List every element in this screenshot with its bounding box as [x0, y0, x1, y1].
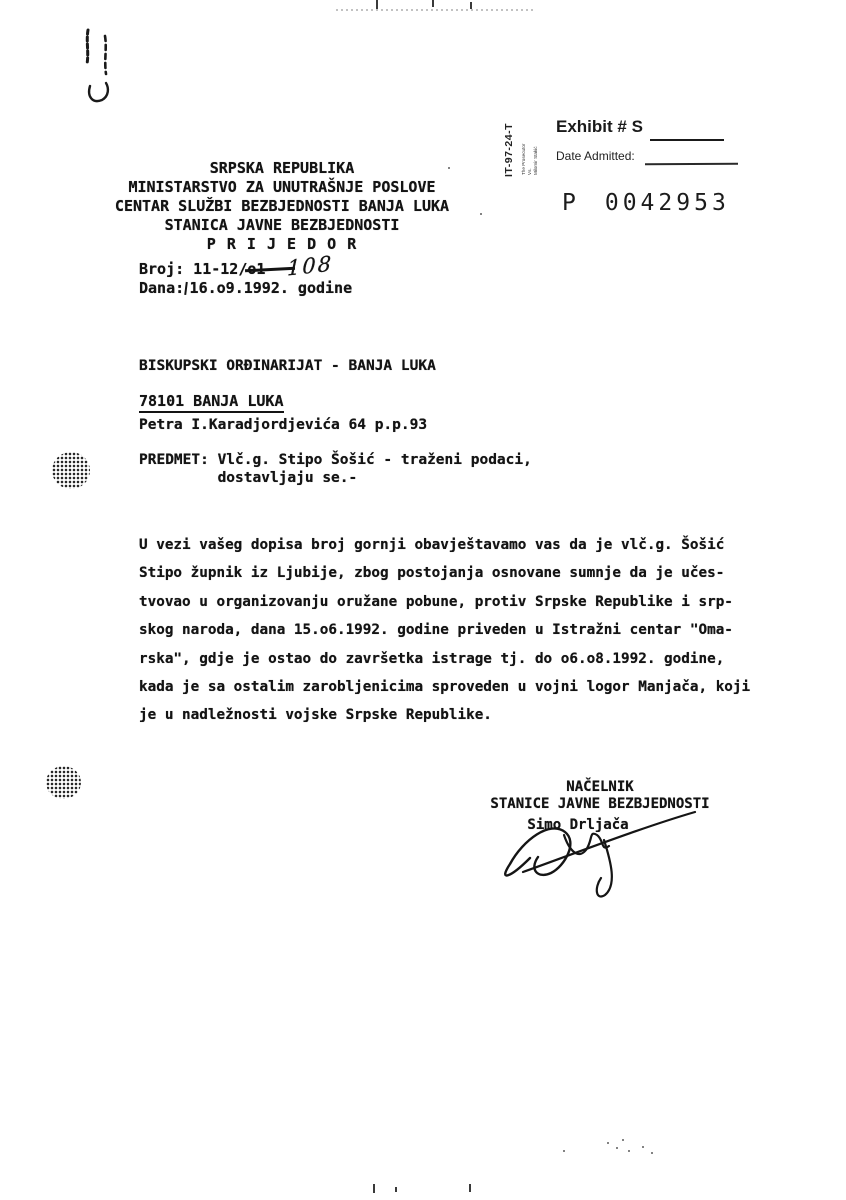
body-line: kada je sa ostalim zarobljenicima sprove…: [139, 673, 779, 701]
court-stamp-case-number: IT-97-24-T: [503, 113, 515, 179]
body-line: Stipo župnik iz Ljubije, zbog postojanja…: [139, 559, 779, 587]
evidence-prefix: P: [562, 190, 580, 216]
scan-tick: [395, 1187, 397, 1192]
recipient-street: Petra I.Karadjordjevića 64 p.p.93: [139, 417, 427, 433]
party-line: The Prosecutor: [521, 119, 526, 175]
subject-line-2: dostavljaju se.-: [139, 469, 532, 487]
scan-speck: [642, 1146, 644, 1148]
letterhead-line-center: CENTAR SLUŽBI BEZBJEDNOSTI BANJA LUKA: [100, 197, 464, 216]
recipient-city: 78101 BANJA LUKA: [139, 392, 284, 410]
scan-speck: [607, 1142, 609, 1144]
body-line: rska", gdje je ostao do završetka istrag…: [139, 645, 779, 673]
reference-date-label: Dana:: [139, 279, 184, 297]
body-line: je u nadležnosti vojske Srpske Republike…: [139, 701, 779, 729]
scan-speck: [628, 1150, 630, 1152]
handwritten-signature: [468, 780, 728, 910]
evidence-registry-number: P 0042953: [562, 190, 730, 216]
reference-number-line: Broj: 11-12/o1108: [139, 258, 352, 279]
scan-tick: [373, 1184, 375, 1193]
reference-number-label: Broj: 11-12/: [139, 260, 247, 278]
scan-edge-dotline: [336, 9, 536, 11]
body-paragraph: U vezi vašeg dopisa broj gornji obavješt…: [139, 531, 779, 730]
scan-speck: [616, 1147, 618, 1149]
reference-block: Broj: 11-12/o1108 Dana:16.o9.1992. godin…: [139, 258, 352, 298]
date-admitted-label: Date Admitted:: [556, 149, 635, 163]
court-stamp-parties: The Prosecutor Vs. Milomir Stakić: [521, 119, 538, 175]
handwritten-number: 108: [287, 255, 334, 279]
case-number-vertical: IT-97-24-T: [503, 113, 515, 177]
body-line: tvovao u organizovanju oružane pobune, p…: [139, 588, 779, 616]
scan-speck: [563, 1150, 565, 1152]
subject-block: PREDMET: Vlč.g. Stipo Šošić - traženi po…: [139, 451, 532, 487]
pen-tick-mark: [184, 282, 188, 295]
body-line: U vezi vašeg dopisa broj gornji obavješt…: [139, 531, 779, 559]
exhibit-underline: [650, 139, 724, 141]
scan-tick: [470, 2, 472, 9]
scan-speck: [651, 1152, 653, 1154]
punch-hole-mark-bottom: [46, 766, 81, 799]
body-line: skog naroda, dana 15.o6.1992. godine pri…: [139, 616, 779, 644]
letterhead-line-city: P R I J E D O R: [100, 235, 464, 254]
evidence-digits: 0042953: [605, 190, 730, 216]
letterhead-line-station: STANICA JAVNE BEZBJEDNOSTI: [100, 216, 464, 235]
letterhead-line-republic: SRPSKA REPUBLIKA: [100, 159, 464, 178]
exhibit-label: Exhibit # S: [556, 117, 643, 137]
scan-tick: [376, 0, 378, 9]
reference-date-value: 16.o9.1992. godine: [190, 279, 353, 297]
letterhead: SRPSKA REPUBLIKA MINISTARSTVO ZA UNUTRAŠ…: [100, 159, 464, 254]
document-page: IT-97-24-T The Prosecutor Vs. Milomir St…: [0, 0, 846, 1200]
scan-tick: [469, 1184, 471, 1192]
letterhead-line-ministry: MINISTARSTVO ZA UNUTRAŠNJE POSLOVE: [100, 178, 464, 197]
scan-tick: [432, 0, 434, 7]
scan-speck: [480, 213, 482, 215]
reference-date-line: Dana:16.o9.1992. godine: [139, 279, 352, 298]
subject-line-1: PREDMET: Vlč.g. Stipo Šošić - traženi po…: [139, 451, 532, 469]
corner-ink-scribble: [78, 22, 126, 114]
party-line: Milomir Stakić: [533, 119, 538, 175]
scan-speck: [622, 1139, 624, 1141]
date-admitted-underline: [645, 163, 738, 165]
party-line: Vs.: [527, 119, 532, 175]
struck-text: o1: [247, 260, 265, 279]
punch-hole-mark-top: [52, 452, 90, 489]
recipient-name: BISKUPSKI ORĐINARIJAT - BANJA LUKA: [139, 358, 436, 374]
